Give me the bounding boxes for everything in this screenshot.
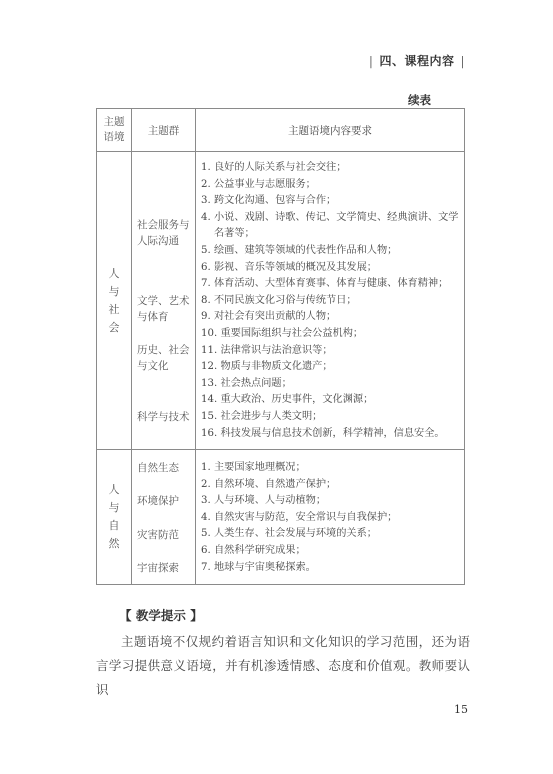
list-item: 7. 体育活动、大型体育赛事、体育与健康、体育精神； — [201, 276, 460, 293]
group-label: 社会服务与 人际沟通 — [137, 217, 190, 249]
table-row-people-and-society: 人 与 社 会 社会服务与 人际沟通 文学、艺术 与体育 历史、社会 与文化 科… — [97, 151, 464, 449]
list-item: 6. 影视、音乐等领域的概况及其发展； — [201, 260, 460, 277]
header-context-line: 语境 — [104, 130, 125, 145]
list-item: 1. 良好的人际关系与社会交往； — [201, 160, 460, 177]
group-label: 宇宙探索 — [137, 560, 179, 576]
list-item: 1. 主要国家地理概况； — [201, 460, 460, 477]
context-char: 自 — [109, 520, 120, 532]
list-item: 4. 小说、戏剧、诗歌、传记、文学简史、经典演讲、文学名著等； — [201, 210, 460, 243]
group-label-line: 历史、社会 — [137, 342, 190, 358]
requirements-cell: 1. 良好的人际关系与社会交往； 2. 公益事业与志愿服务； 3. 跨文化沟通、… — [196, 152, 464, 449]
group-label: 灾害防范 — [137, 527, 179, 543]
group-label: 历史、社会 与文化 — [137, 342, 190, 374]
group-label-line: 灾害防范 — [137, 527, 179, 543]
group-label-line: 社会服务与 — [137, 217, 190, 233]
theme-context-table: 主题 语境 主题群 主题语境内容要求 人 与 社 会 社会服务与 人际沟通 文学… — [96, 108, 465, 585]
list-item: 3. 人与环境、人与动植物； — [201, 493, 460, 510]
group-cell: 社会服务与 人际沟通 文学、艺术 与体育 历史、社会 与文化 科学与技术 — [132, 152, 196, 449]
list-item: 4. 自然灾害与防范，安全常识与自我保护； — [201, 510, 460, 527]
group-label-line: 文学、艺术 — [137, 293, 190, 309]
running-head-title: 四、课程内容 — [379, 54, 454, 68]
header-context: 主题 语境 — [97, 109, 132, 151]
list-item: 15. 社会进步与人类文明； — [201, 409, 460, 426]
requirements-list: 1. 良好的人际关系与社会交往； 2. 公益事业与志愿服务； 3. 跨文化沟通、… — [201, 160, 460, 442]
context-char: 社 — [109, 304, 120, 316]
context-char: 与 — [109, 286, 120, 298]
group-label: 科学与技术 — [137, 409, 190, 425]
group-label: 环境保护 — [137, 493, 179, 509]
table-header-row: 主题 语境 主题群 主题语境内容要求 — [97, 109, 464, 151]
list-item: 2. 公益事业与志愿服务； — [201, 177, 460, 194]
running-head: |四、课程内容| — [363, 52, 471, 69]
context-label: 人 与 社 会 — [109, 268, 120, 334]
context-label: 人 与 自 然 — [109, 484, 120, 550]
divider-bar: | — [460, 54, 465, 68]
list-item: 14. 重大政治、历史事件，文化渊源； — [201, 392, 460, 409]
list-item: 2. 自然环境、自然遗产保护； — [201, 477, 460, 494]
list-item: 13. 社会热点问题； — [201, 376, 460, 393]
requirements-list: 1. 主要国家地理概况； 2. 自然环境、自然遗产保护； 3. 人与环境、人与动… — [201, 460, 460, 576]
group-cell: 自然生态 环境保护 灾害防范 宇宙探索 — [132, 450, 196, 584]
group-label: 文学、艺术 与体育 — [137, 293, 190, 325]
teaching-tips-paragraph: 主题语境不仅规约着语言知识和文化知识的学习范围，还为语言学习提供意义语境，并有机… — [96, 630, 470, 702]
list-item: 3. 跨文化沟通、包容与合作； — [201, 193, 460, 210]
context-char: 会 — [109, 322, 120, 334]
context-cell: 人 与 社 会 — [97, 152, 132, 449]
divider-bar: | — [369, 54, 374, 68]
context-cell: 人 与 自 然 — [97, 450, 132, 584]
group-label-line: 宇宙探索 — [137, 560, 179, 576]
list-item: 16. 科技发展与信息技术创新，科学精神，信息安全。 — [201, 426, 460, 443]
table-row-people-and-nature: 人 与 自 然 自然生态 环境保护 灾害防范 宇宙探索 1. 主要国家地理概况； — [97, 449, 464, 584]
group-label-line: 环境保护 — [137, 493, 179, 509]
teaching-tips-heading: 【 教学提示 】 — [119, 606, 203, 624]
requirements-cell: 1. 主要国家地理概况； 2. 自然环境、自然遗产保护； 3. 人与环境、人与动… — [196, 450, 464, 584]
group-label-line: 与文化 — [137, 358, 190, 374]
group-label-line: 科学与技术 — [137, 409, 190, 425]
context-char: 与 — [109, 502, 120, 514]
list-item: 8. 不同民族文化习俗与传统节日； — [201, 293, 460, 310]
group-label-line: 自然生态 — [137, 460, 179, 476]
list-item: 11. 法律常识与法治意识等； — [201, 343, 460, 360]
list-item: 10. 重要国际组织与社会公益机构； — [201, 326, 460, 343]
context-char: 人 — [109, 268, 120, 280]
continued-table-label: 续表 — [408, 92, 431, 108]
list-item: 9. 对社会有突出贡献的人物； — [201, 309, 460, 326]
list-item: 5. 绘画、建筑等领域的代表性作品和人物； — [201, 243, 460, 260]
group-label: 自然生态 — [137, 460, 179, 476]
list-item: 6. 自然科学研究成果； — [201, 543, 460, 560]
header-context-line: 主题 — [104, 115, 125, 130]
group-label-line: 人际沟通 — [137, 233, 190, 249]
list-item: 7. 地球与宇宙奥秘探索。 — [201, 560, 460, 577]
page-number: 15 — [454, 703, 468, 716]
list-item: 5. 人类生存、社会发展与环境的关系； — [201, 526, 460, 543]
list-item: 12. 物质与非物质文化遗产； — [201, 359, 460, 376]
header-group: 主题群 — [132, 109, 196, 151]
context-char: 然 — [109, 538, 120, 550]
group-label-line: 与体育 — [137, 309, 190, 325]
context-char: 人 — [109, 484, 120, 496]
header-requirements: 主题语境内容要求 — [196, 109, 464, 151]
